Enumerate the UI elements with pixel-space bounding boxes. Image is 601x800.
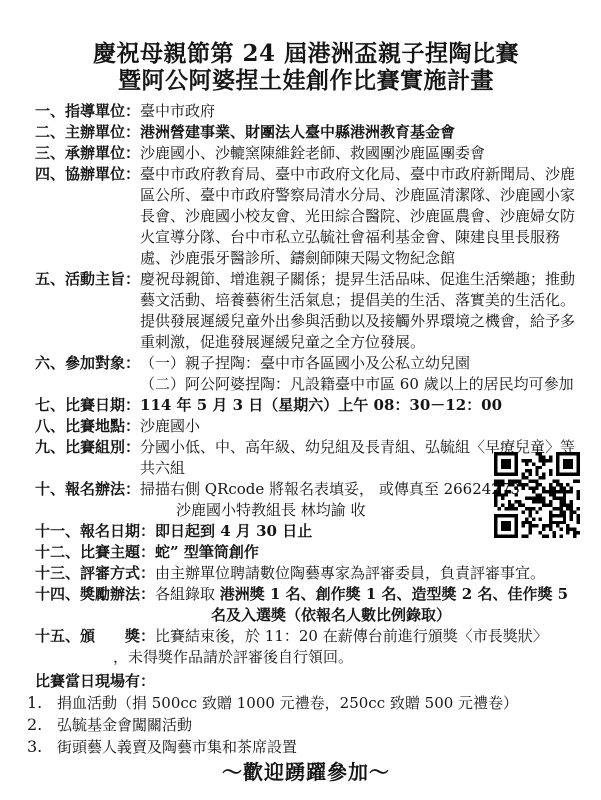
item-text: （一）親子捏陶：臺中市各區國小及公私立幼兒園	[140, 353, 577, 374]
item-text: ，未得獎作品請於評審後自行領回。	[113, 647, 577, 668]
plan-item-participants: 六、參加對象： （一）親子捏陶：臺中市各區國小及公私立幼兒園 （二）阿公阿婆捏陶…	[35, 353, 577, 395]
plan-item-organizer: 二、主辦單位： 港洲營建事業、財團法人臺中縣港洲教育基金會	[35, 122, 577, 143]
item-text: 臺中市政府教育局、臺中市政府文化局、臺中市政府新聞局、沙鹿區公所、臺中市政府警察…	[140, 165, 575, 267]
item-label: 十三、評審方式：	[35, 563, 155, 584]
plan-body: 一、指導單位： 臺中市政府 二、主辦單位： 港洲營建事業、財團法人臺中縣港洲教育…	[35, 101, 577, 785]
item-text: 比賽結束後，於 11：20 在薪傳台前進行頒獎〈市長獎狀〉	[155, 626, 577, 647]
plan-item-executor: 三、承辦單位： 沙鹿國小、沙轆窯陳維銓老師、救國團沙鹿區團委會	[35, 143, 577, 164]
plan-item-theme: 十二、比賽主題： 蛇” 型筆筒創作	[35, 542, 577, 563]
item-label: 二、主辦單位：	[35, 122, 140, 143]
item-label: 五、活動主旨：	[35, 269, 140, 290]
closing-welcome-line: ～歡迎踴躍參加～	[35, 759, 577, 785]
title-line-2: 暨阿公阿婆捏土娃創作比賽實施計畫	[35, 67, 577, 94]
item-label: 三、承辦單位：	[35, 143, 140, 164]
item-text: 臺中市政府	[140, 102, 215, 120]
item-label: 四、協辦單位：	[35, 164, 140, 185]
onsite-item-street-artists: 3. 街頭藝人義賣及陶藝市集和茶席設置	[35, 736, 577, 758]
plan-item-guidance-unit: 一、指導單位： 臺中市政府	[35, 101, 577, 122]
onsite-heading: 比賽當日現場有：	[35, 670, 577, 692]
item-text: 慶祝母親節、增進親子關係；提昇生活品味、促進生活樂趣；推動藝文活動、培養藝術生活…	[140, 270, 575, 351]
onsite-item-foundation-games: 2. 弘毓基金會闖關活動	[35, 714, 577, 736]
item-label: 六、參加對象：	[35, 353, 140, 374]
item-text-awards: 港洲獎 1 名、創作獎 1 名、造型獎 2 名、佳作獎 5	[220, 585, 568, 603]
item-label: 七、比賽日期：	[35, 395, 140, 416]
plan-item-co-organizers: 四、協辦單位： 臺中市政府教育局、臺中市政府文化局、臺中市政府新聞局、沙鹿區公所…	[35, 164, 577, 269]
plan-item-prize-ceremony: 十五、頒 獎： 比賽結束後，於 11：20 在薪傳台前進行頒獎〈市長獎狀〉 ，未…	[35, 626, 577, 668]
onsite-item-number: 1.	[27, 692, 57, 714]
item-text: 沙鹿國小	[140, 417, 200, 435]
item-label: 八、比賽地點：	[35, 416, 140, 437]
plan-item-location: 八、比賽地點： 沙鹿國小	[35, 416, 577, 437]
onsite-item-text: 街頭藝人義賣及陶藝市集和茶席設置	[57, 736, 297, 758]
item-text: 由主辦單位聘請數位陶藝專家為評審委員，負責評審事宜。	[155, 564, 545, 582]
item-text-prefix: 各組錄取	[155, 585, 220, 603]
item-label: 十二、比賽主題：	[35, 542, 155, 563]
item-text: 沙鹿國小、沙轆窯陳維銓老師、救國團沙鹿區團委會	[140, 144, 485, 162]
title-line-1: 慶祝母親節第 24 屆港洲盃親子捏陶比賽	[35, 40, 577, 67]
item-text: 蛇” 型筆筒創作	[155, 543, 259, 561]
item-label: 一、指導單位：	[35, 101, 140, 122]
item-text: 114 年 5 月 3 日（星期六）上午 08：30－12：00	[140, 396, 502, 414]
onsite-item-text: 捐血活動（捐 500cc 致贈 1000 元禮卷，250cc 致贈 500 元禮…	[57, 692, 518, 714]
plan-item-awards: 十四、獎勵辦法： 各組錄取 港洲獎 1 名、創作獎 1 名、造型獎 2 名、佳作…	[35, 584, 577, 626]
item-label: 十、報名辦法：	[35, 479, 140, 500]
item-label: 九、比賽組別：	[35, 437, 140, 458]
onsite-item-text: 弘毓基金會闖關活動	[57, 714, 192, 736]
plan-item-purpose: 五、活動主旨： 慶祝母親節、增進親子關係；提昇生活品味、促進生活樂趣；推動藝文活…	[35, 269, 577, 353]
item-text: 各組錄取 港洲獎 1 名、創作獎 1 名、造型獎 2 名、佳作獎 5	[155, 584, 577, 605]
registration-qrcode-image	[494, 452, 580, 538]
item-text: （二）阿公阿婆捏陶：凡設籍臺中市區 60 歲以上的居民均可參加	[140, 374, 577, 395]
item-label: 十四、獎勵辦法：	[35, 584, 155, 605]
document-page: 慶祝母親節第 24 屆港洲盃親子捏陶比賽 暨阿公阿婆捏土娃創作比賽實施計畫 一、…	[0, 0, 601, 800]
onsite-item-number: 3.	[27, 736, 57, 758]
plan-item-date: 七、比賽日期： 114 年 5 月 3 日（星期六）上午 08：30－12：00	[35, 395, 577, 416]
item-text: 港洲營建事業、財團法人臺中縣港洲教育基金會	[140, 123, 455, 141]
onsite-item-blood-donation: 1. 捐血活動（捐 500cc 致贈 1000 元禮卷，250cc 致贈 500…	[35, 692, 577, 714]
item-label: 十五、頒 獎：	[35, 626, 155, 647]
onsite-item-number: 2.	[27, 714, 57, 736]
item-text: 名及入選獎（依報名人數比例錄取）	[155, 605, 577, 626]
document-title: 慶祝母親節第 24 屆港洲盃親子捏陶比賽 暨阿公阿婆捏土娃創作比賽實施計畫	[35, 40, 577, 94]
item-text: 即日起到 4 月 30 日止	[155, 522, 312, 540]
plan-item-judging: 十三、評審方式： 由主辦單位聘請數位陶藝專家為評審委員，負責評審事宜。	[35, 563, 577, 584]
item-label: 十一、報名日期：	[35, 521, 155, 542]
